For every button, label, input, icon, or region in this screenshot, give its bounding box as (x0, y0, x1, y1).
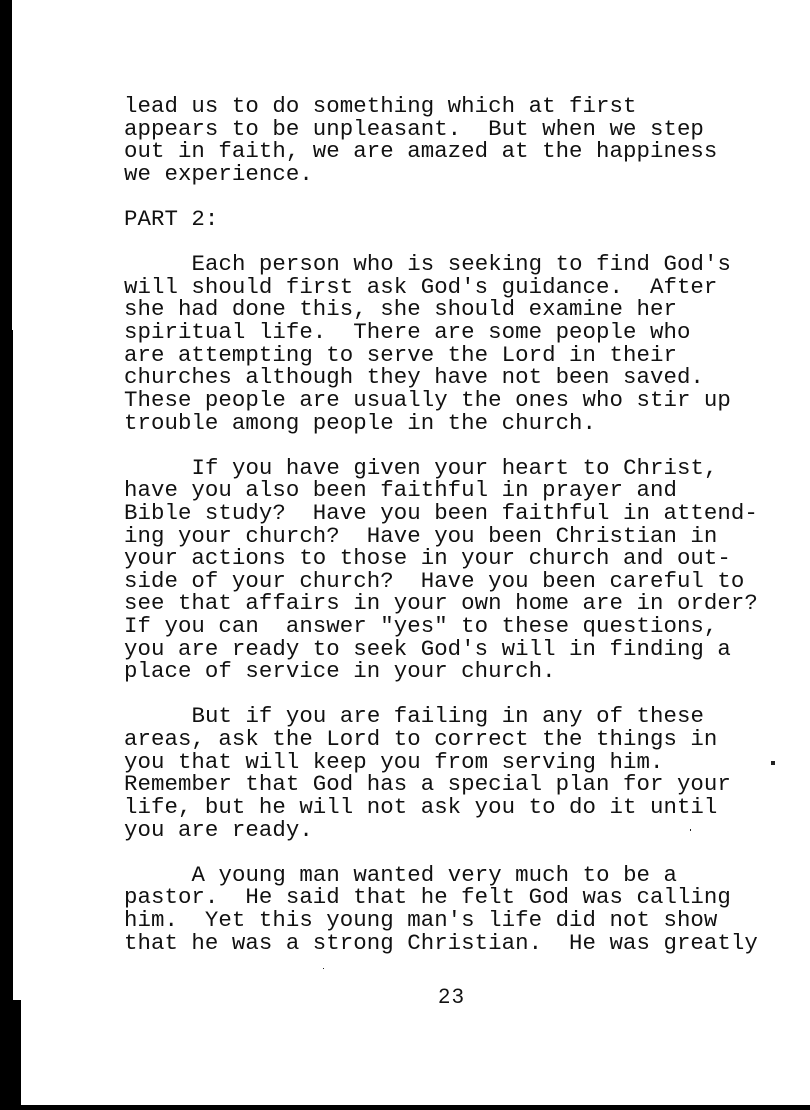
text-line: These people are usually the ones who st… (124, 389, 784, 412)
text-line: A young man wanted very much to be a (124, 864, 784, 887)
paragraph-gap (124, 434, 784, 457)
text-line: your actions to those in your church and… (124, 547, 784, 570)
text-line: she had done this, she should examine he… (124, 298, 784, 321)
text-line: But if you are failing in any of these (124, 705, 784, 728)
text-line: see that affairs in your own home are in… (124, 592, 784, 615)
paragraph-gap (124, 185, 784, 208)
text-line: will should first ask God's guidance. Af… (124, 276, 784, 299)
text-line: are attempting to serve the Lord in thei… (124, 344, 784, 367)
text-line: we experience. (124, 163, 784, 186)
page-body: lead us to do something which at firstap… (124, 95, 784, 954)
scan-speck (771, 761, 775, 765)
paragraph: lead us to do something which at firstap… (124, 95, 784, 185)
text-line: Remember that God has a special plan for… (124, 773, 784, 796)
text-line: him. Yet this young man's life did not s… (124, 909, 784, 932)
text-line: ing your church? Have you been Christian… (124, 525, 784, 548)
text-line: PART 2: (124, 208, 784, 231)
text-line: pastor. He said that he felt God was cal… (124, 886, 784, 909)
paragraph: If you have given your heart to Christ,h… (124, 457, 784, 683)
paragraph-gap (124, 841, 784, 864)
paragraph-gap (124, 683, 784, 706)
text-line: appears to be unpleasant. But when we st… (124, 118, 784, 141)
section-heading: PART 2: (124, 208, 784, 231)
paragraph: But if you are failing in any of thesear… (124, 705, 784, 841)
paragraph: A young man wanted very much to be apast… (124, 864, 784, 954)
text-line: that he was a strong Christian. He was g… (124, 932, 784, 955)
text-line: If you can answer "yes" to these questio… (124, 615, 784, 638)
paragraph-gap (124, 231, 784, 254)
text-line: areas, ask the Lord to correct the thing… (124, 728, 784, 751)
paragraph: Each person who is seeking to find God's… (124, 253, 784, 434)
text-line: you that will keep you from serving him. (124, 751, 784, 774)
text-line: spiritual life. There are some people wh… (124, 321, 784, 344)
scan-speck (690, 829, 691, 831)
text-line: lead us to do something which at first (124, 95, 784, 118)
text-line: trouble among people in the church. (124, 412, 784, 435)
text-line: Bible study? Have you been faithful in a… (124, 502, 784, 525)
text-line: churches although they have not been sav… (124, 366, 784, 389)
text-line: you are ready. (124, 819, 784, 842)
text-line: life, but he will not ask you to do it u… (124, 796, 784, 819)
scan-left-edge-bottom (0, 1000, 21, 1110)
text-line: place of service in your church. (124, 660, 784, 683)
text-line: If you have given your heart to Christ, (124, 457, 784, 480)
page-number: 23 (0, 985, 810, 1009)
text-line: have you also been faithful in prayer an… (124, 479, 784, 502)
scan-bottom-edge (0, 1105, 810, 1110)
text-line: side of your church? Have you been caref… (124, 570, 784, 593)
scan-speck (323, 968, 324, 969)
text-line: you are ready to seek God's will in find… (124, 638, 784, 661)
text-line: out in faith, we are amazed at the happi… (124, 140, 784, 163)
text-line: Each person who is seeking to find God's (124, 253, 784, 276)
